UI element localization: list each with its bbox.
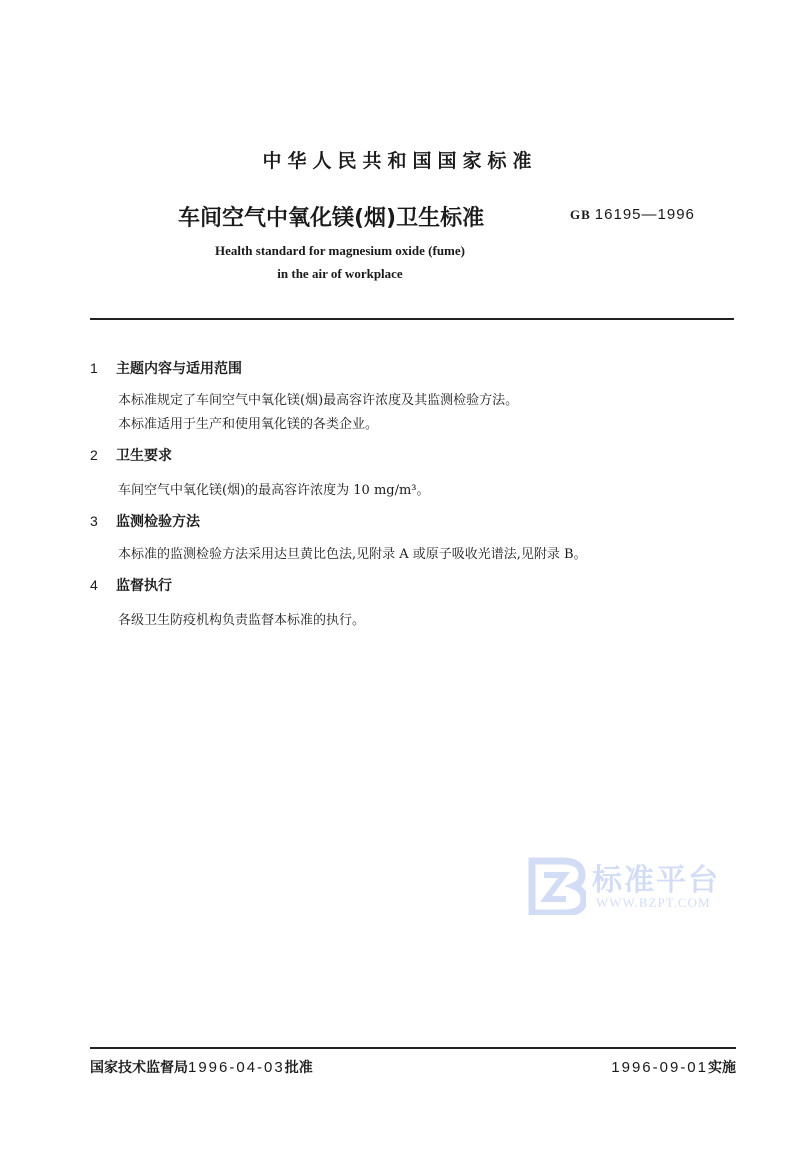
section-number: 4	[90, 577, 116, 593]
section-1-paragraph-2: 本标准适用于生产和使用氧化镁的各类企业。	[118, 413, 378, 432]
header-divider	[90, 318, 734, 320]
footer-divider	[90, 1047, 736, 1049]
standard-code: GB16195—1996	[570, 206, 695, 223]
approval-info: 国家技术监督局1996-04-03批准	[90, 1057, 313, 1077]
section-4-paragraph-1: 各级卫生防疫机构负责监督本标准的执行。	[118, 609, 365, 628]
watermark-url: WWW.BZPT.COM	[596, 895, 711, 911]
document-title-zh: 车间空气中氧化镁(烟)卫生标准	[178, 201, 484, 232]
section-1-paragraph-1: 本标准规定了车间空气中氧化镁(烟)最高容许浓度及其监测检验方法。	[118, 389, 518, 408]
section-4-heading: 4监督执行	[90, 575, 172, 595]
section-3-heading: 3监测检验方法	[90, 511, 200, 531]
effective-suffix: 实施	[708, 1060, 736, 1076]
section-number: 2	[90, 447, 116, 463]
document-title-en-line2: in the air of workplace	[0, 266, 800, 282]
standard-code-prefix: GB	[570, 207, 591, 222]
national-standard-title: 中华人民共和国国家标准	[0, 146, 800, 173]
section-3-paragraph-1: 本标准的监测检验方法采用达旦黄比色法,见附录 A 或原子吸收光谱法,见附录 B。	[118, 543, 587, 562]
section-2-paragraph-1: 车间空气中氧化镁(烟)的最高容许浓度为 10 mg/m³。	[118, 479, 430, 498]
watermark-text: 标准平台	[592, 855, 720, 899]
watermark: 标准平台 WWW.BZPT.COM	[528, 855, 728, 915]
bzpt-logo-icon	[528, 857, 586, 915]
section-title: 卫生要求	[116, 448, 172, 464]
section-title: 监测检验方法	[116, 514, 200, 530]
section-title: 主题内容与适用范围	[116, 361, 242, 377]
approval-suffix: 批准	[285, 1060, 313, 1076]
approver: 国家技术监督局	[90, 1060, 188, 1076]
effective-date: 1996-09-01	[611, 1059, 708, 1076]
section-number: 3	[90, 513, 116, 529]
section-title: 监督执行	[116, 578, 172, 594]
approval-date: 1996-04-03	[188, 1059, 285, 1076]
section-2-heading: 2卫生要求	[90, 445, 172, 465]
section-number: 1	[90, 360, 116, 376]
section-1-heading: 1主题内容与适用范围	[90, 358, 242, 378]
standard-code-number: 16195—1996	[595, 206, 695, 223]
document-title-en-line1: Health standard for magnesium oxide (fum…	[0, 243, 800, 259]
effective-info: 1996-09-01实施	[611, 1057, 736, 1077]
